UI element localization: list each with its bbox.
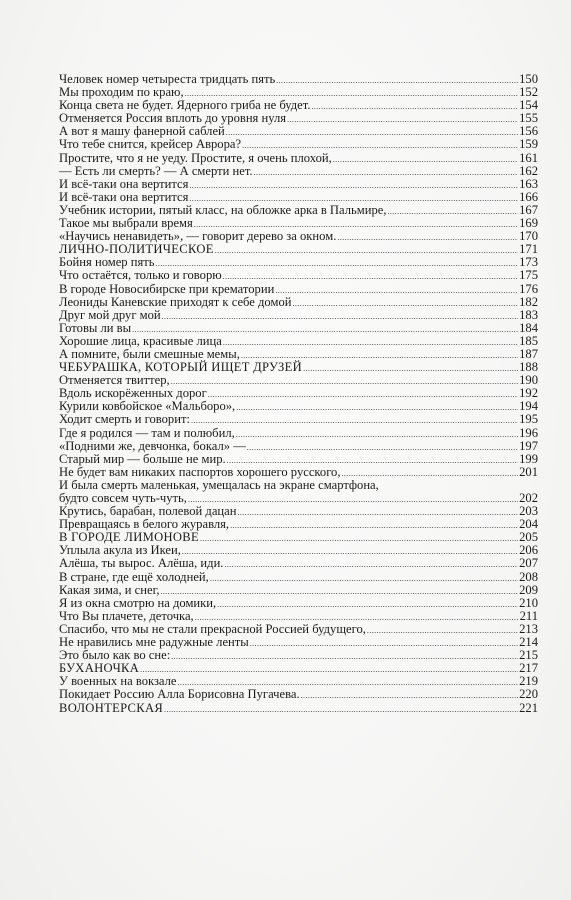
toc-entry-title: Простите, что я не уеду. Простите, я оче…: [59, 152, 333, 165]
toc-entry-row: Покидает Россию Алла Борисовна Пугачева.…: [59, 688, 538, 701]
toc-entry-page-number: 220: [518, 688, 538, 701]
toc-entry: Что остаётся, только и говорю 175: [59, 269, 538, 282]
toc-entry-row: Хорошие лица, красивые лица 185: [59, 335, 538, 348]
dot-leader: [164, 703, 518, 716]
toc-entry: Друг мой друг мой 183: [59, 309, 538, 322]
toc-entry-page-number: 221: [518, 702, 538, 715]
toc-entry-page-number: 185: [518, 335, 538, 348]
toc-entry-page-number: 197: [518, 440, 538, 453]
toc-section-heading: ВОЛОНТЕРСКАЯ 221: [59, 702, 538, 715]
toc-entry-page-number: 210: [518, 597, 538, 610]
toc-entry-page-number: 175: [518, 269, 538, 282]
toc-entry: Хорошие лица, красивые лица 185: [59, 335, 538, 348]
toc-entry: «Подними же, девчонка, бокал» — 197: [59, 440, 538, 453]
toc-entry: В стране, где ещё холодней, 208: [59, 571, 538, 584]
toc-entry: Простите, что я не уеду. Простите, я оче…: [59, 152, 538, 165]
toc-entry: Не будет вам никаких паспортов хорошего …: [59, 466, 538, 479]
toc-entry-row: В городе Новосибирске при крематории 176: [59, 283, 538, 296]
toc-entry-title: — Есть ли смерть? — А смерти нет.: [59, 165, 254, 178]
toc-entry-title: Что остаётся, только и говорю: [59, 269, 223, 282]
toc-entry: — Есть ли смерть? — А смерти нет. 162: [59, 165, 538, 178]
toc-entry-row: Что остаётся, только и говорю 175: [59, 269, 538, 282]
toc-entry-row: Где я родился — там и полюбил, 196: [59, 427, 538, 440]
toc-entry-row: Что тебе снится, крейсер Аврора? 159: [59, 138, 538, 151]
toc-entry: И всё-таки она вертится 166: [59, 191, 538, 204]
toc-entry-row: Леониды Каневские приходят к себе домой …: [59, 296, 538, 309]
toc-entry-title: Где я родился — там и полюбил,: [59, 427, 236, 440]
toc-entry-title: В стране, где ещё холодней,: [59, 571, 210, 584]
toc-entry: Леониды Каневские приходят к себе домой …: [59, 296, 538, 309]
toc-entry-row: Простите, что я не уеду. Простите, я оче…: [59, 152, 538, 165]
toc-entry-row: Я из окна смотрю на домики, 210: [59, 597, 538, 610]
toc-entry-page-number: 176: [518, 283, 538, 296]
toc-entry-page-number: 211: [519, 610, 538, 623]
toc-entry-title: Друг мой друг мой: [59, 309, 162, 322]
toc-entry-title: Что Вы плачете, деточка,: [59, 610, 195, 623]
toc-entry-page-number: 159: [518, 138, 538, 151]
toc-entry-title: Какая зима, и снег,: [59, 584, 160, 597]
toc-entry-row: Старый мир — больше не мир. 199: [59, 453, 538, 466]
toc-entry-row: Друг мой друг мой 183: [59, 309, 538, 322]
toc-entry-page-number: 163: [518, 178, 538, 191]
toc-entry-row: Алёша, ты вырос. Алёша, иди. 207: [59, 557, 538, 570]
toc-entry-page-number: 182: [518, 296, 538, 309]
toc-entry-page-number: 183: [518, 309, 538, 322]
toc-entry-row: Что Вы плачете, деточка, 211: [59, 610, 538, 623]
toc-entry: Что Вы плачете, деточка, 211: [59, 610, 538, 623]
toc-entry-title: Готовы ли вы: [59, 322, 132, 335]
toc-entry: Алёша, ты вырос. Алёша, иди. 207: [59, 557, 538, 570]
toc-entry-title: Что тебе снится, крейсер Аврора?: [59, 138, 242, 151]
toc-entry-page-number: 166: [518, 191, 538, 204]
toc-entry-title: Хорошие лица, красивые лица: [59, 335, 223, 348]
toc-entry-row: И всё-таки она вертится 166: [59, 191, 538, 204]
toc-entry-title: Леониды Каневские приходят к себе домой: [59, 296, 292, 309]
toc-entry-title: ВОЛОНТЕРСКАЯ: [59, 702, 164, 715]
toc-entry-page-number: 161: [518, 152, 538, 165]
toc-entry-row: В стране, где ещё холодней, 208: [59, 571, 538, 584]
toc-entry-page-number: 207: [518, 557, 538, 570]
toc-entry: Я из окна смотрю на домики, 210: [59, 597, 538, 610]
toc-entry-title: Ходит смерть и говорит:: [59, 413, 191, 426]
toc-entry: Покидает Россию Алла Борисовна Пугачева.…: [59, 688, 538, 701]
book-page: Человек номер четыреста тридцать пять 15…: [0, 0, 571, 900]
table-of-contents: Человек номер четыреста тридцать пять 15…: [59, 73, 538, 715]
toc-entry-title: Старый мир — больше не мир.: [59, 453, 227, 466]
toc-entry-page-number: 184: [518, 322, 538, 335]
toc-entry-row: И всё-таки она вертится 163: [59, 178, 538, 191]
toc-entry-title: Алёша, ты вырос. Алёша, иди.: [59, 557, 224, 570]
toc-entry-title: Я из окна смотрю на домики,: [59, 597, 217, 610]
toc-entry-title: «Подними же, девчонка, бокал» —: [59, 440, 247, 453]
toc-entry-row: ВОЛОНТЕРСКАЯ 221: [59, 702, 538, 715]
toc-entry-page-number: 199: [518, 453, 538, 466]
toc-entry: Что тебе снится, крейсер Аврора? 159: [59, 138, 538, 151]
toc-entry-title: В городе Новосибирске при крематории: [59, 283, 275, 296]
toc-entry-page-number: 196: [518, 427, 538, 440]
toc-entry-page-number: 208: [518, 571, 538, 584]
toc-entry: Готовы ли вы 184: [59, 322, 538, 335]
toc-entry: И была смерть маленькая, умещалась на эк…: [59, 479, 538, 505]
toc-entry-page-number: 195: [518, 413, 538, 426]
toc-entry-title: Не будет вам никаких паспортов хорошего …: [59, 466, 342, 479]
toc-entry-page-number: 201: [518, 466, 538, 479]
toc-entry: Ходит смерть и говорит: 195: [59, 413, 538, 426]
toc-entry: И всё-таки она вертится 163: [59, 178, 538, 191]
toc-entry: В городе Новосибирске при крематории 176: [59, 283, 538, 296]
toc-entry-page-number: 209: [518, 584, 538, 597]
toc-entry-title: И всё-таки она вертится: [59, 191, 189, 204]
toc-entry-row: Не будет вам никаких паспортов хорошего …: [59, 466, 538, 479]
toc-entry-page-number: 162: [518, 165, 538, 178]
toc-entry: Какая зима, и снег, 209: [59, 584, 538, 597]
toc-entry-row: Какая зима, и снег, 209: [59, 584, 538, 597]
toc-entry-row: Ходит смерть и говорит: 195: [59, 413, 538, 426]
toc-entry-title: И всё-таки она вертится: [59, 178, 189, 191]
toc-entry-row: «Подними же, девчонка, бокал» — 197: [59, 440, 538, 453]
toc-entry-row: — Есть ли смерть? — А смерти нет. 162: [59, 165, 538, 178]
toc-entry-title: Покидает Россию Алла Борисовна Пугачева.: [59, 688, 301, 701]
toc-entry-row: Готовы ли вы 184: [59, 322, 538, 335]
toc-entry: Где я родился — там и полюбил, 196: [59, 427, 538, 440]
toc-entry: Старый мир — больше не мир. 199: [59, 453, 538, 466]
